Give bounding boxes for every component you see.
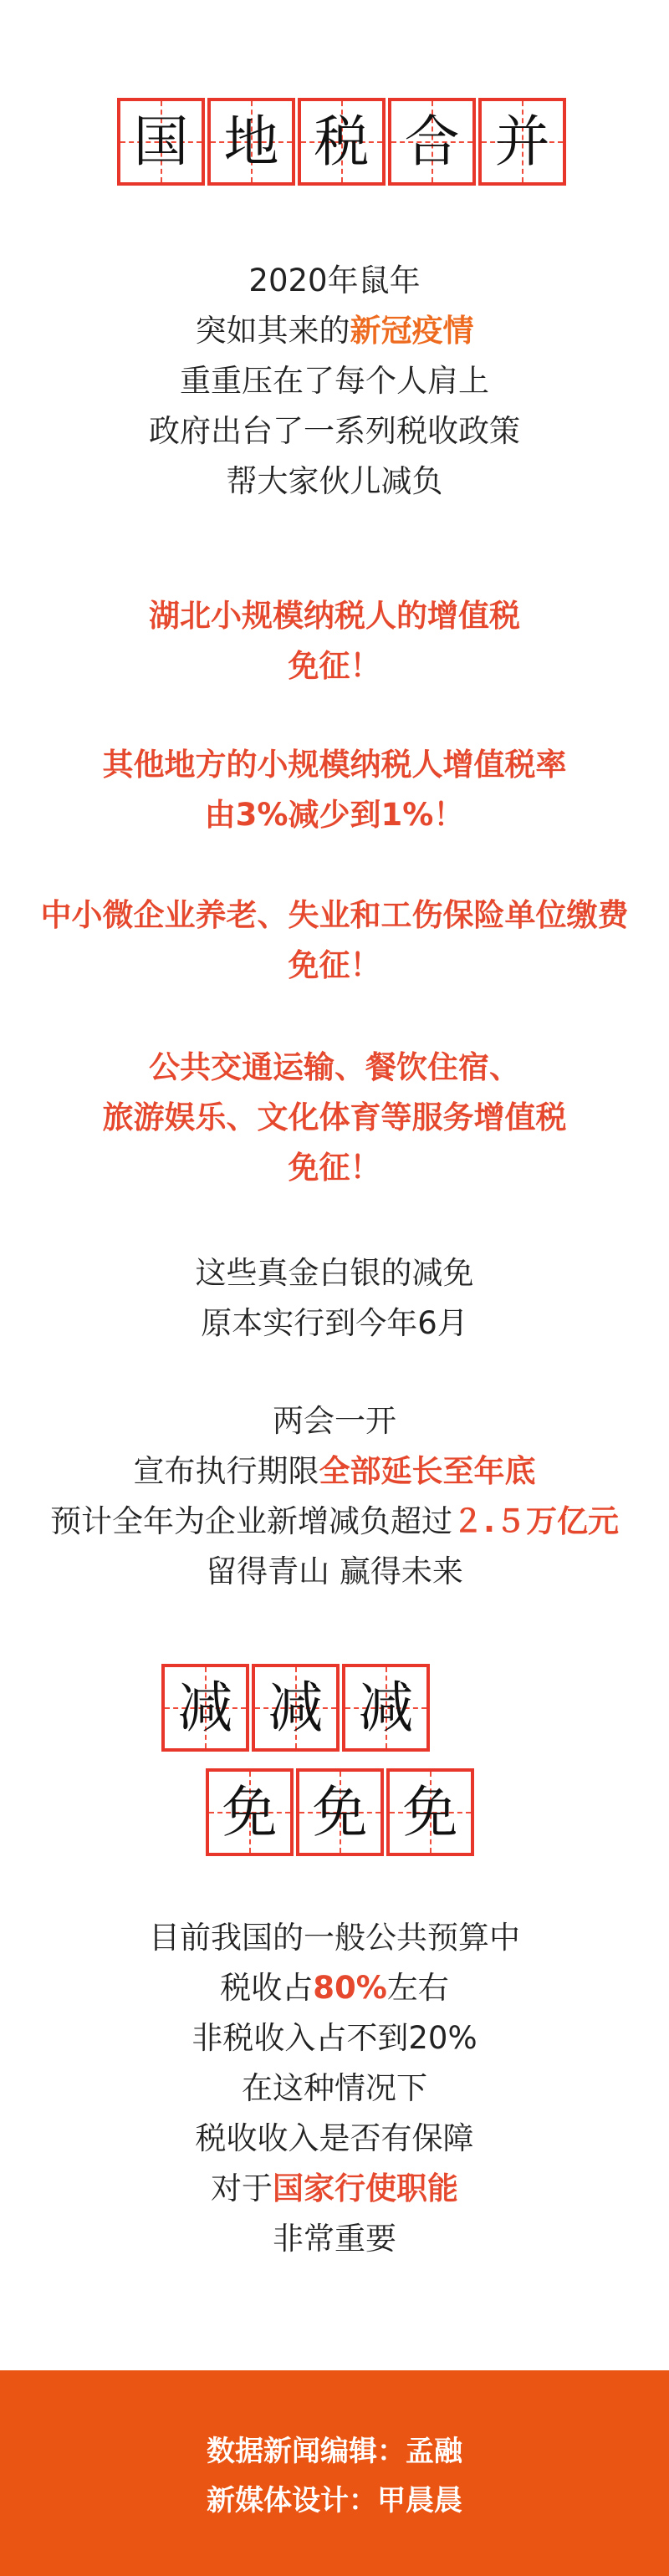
text-line: 帮大家伙儿减负 xyxy=(0,457,669,507)
highlight-amount: ２.５万亿元 xyxy=(452,1503,619,1539)
lianghui-line2-plain: 宣布执行期限 xyxy=(134,1453,319,1489)
footer: 数据新闻编辑：孟融 新媒体设计：甲晨晨 xyxy=(0,2370,669,2576)
text-line: 非常重要 xyxy=(0,2214,669,2264)
relief-line2: 原本实行到今年6月 xyxy=(201,1305,468,1341)
service-line2: 旅游娱乐、文化体育等服务增值税 xyxy=(103,1099,567,1135)
intro-line1: 2020年鼠年 xyxy=(248,263,420,298)
mian-grid: 免 免 免 xyxy=(206,1768,474,1856)
budget-paragraph: 目前我国的一般公共预算中 税收占80%左右 非税收入占不到20% 在这种情况下 … xyxy=(0,1913,669,2264)
text-line: 公共交通运输、餐饮住宿、 xyxy=(0,1043,669,1093)
service-line3: 免征！ xyxy=(289,1150,381,1186)
jian-char: 减 xyxy=(178,1681,233,1736)
footer-credit-designer: 新媒体设计：甲晨晨 xyxy=(207,2477,669,2526)
title-char: 税 xyxy=(314,115,370,170)
relief-line1: 这些真金白银的减免 xyxy=(196,1255,474,1291)
policy-hubei-paragraph: 湖北小规模纳税人的增值税 免征！ xyxy=(0,591,669,691)
text-line: 税收占80%左右 xyxy=(0,1963,669,2013)
text-line: 留得青山 赢得未来 xyxy=(0,1547,669,1597)
text-line: 免征！ xyxy=(0,641,669,691)
title-char: 并 xyxy=(495,115,550,170)
budget-line2-plain-a: 税收占 xyxy=(220,1970,313,2006)
text-line: 2020年鼠年 xyxy=(0,256,669,306)
text-line: 其他地方的小规模纳税人增值税率 xyxy=(0,740,669,790)
text-line: 预计全年为企业新增减负超过２.５万亿元 xyxy=(0,1497,669,1547)
highlight-80pct: 80% xyxy=(313,1970,387,2006)
text-line: 重重压在了每个人肩上 xyxy=(0,356,669,406)
other-line1: 其他地方的小规模纳税人增值税率 xyxy=(103,747,567,783)
tianzige-box: 免 xyxy=(206,1768,294,1856)
other-line2: 由3%减少到1%！ xyxy=(205,797,465,833)
budget-line5: 税收收入是否有保障 xyxy=(196,2120,474,2156)
text-line: 中小微企业养老、失业和工伤保险单位缴费 xyxy=(0,890,669,941)
policy-service-paragraph: 公共交通运输、餐饮住宿、 旅游娱乐、文化体育等服务增值税 免征！ xyxy=(0,1043,669,1193)
relief-paragraph: 这些真金白银的减免 原本实行到今年6月 xyxy=(0,1248,669,1349)
service-line1: 公共交通运输、餐饮住宿、 xyxy=(149,1049,520,1085)
text-line: 税收收入是否有保障 xyxy=(0,2114,669,2164)
hubei-line2: 免征！ xyxy=(289,648,381,684)
budget-line7: 非常重要 xyxy=(273,2221,396,2257)
budget-line1: 目前我国的一般公共预算中 xyxy=(149,1920,520,1956)
text-line: 在这种情况下 xyxy=(0,2063,669,2114)
highlight-covid: 新冠疫情 xyxy=(350,313,474,349)
text-line: 对于国家行使职能 xyxy=(0,2164,669,2214)
intro-paragraph: 2020年鼠年 突如其来的新冠疫情 重重压在了每个人肩上 政府出台了一系列税收政… xyxy=(0,256,669,507)
lianghui-line3-plain: 预计全年为企业新增减负超过 xyxy=(50,1503,452,1539)
tianzige-box: 国 xyxy=(117,98,205,186)
tianzige-box: 免 xyxy=(296,1768,384,1856)
text-line: 非税收入占不到20% xyxy=(0,2013,669,2063)
tianzige-box: 税 xyxy=(298,98,386,186)
tianzige-box: 地 xyxy=(207,98,295,186)
policy-sme-paragraph: 中小微企业养老、失业和工伤保险单位缴费 免征！ xyxy=(0,890,669,991)
tianzige-box: 并 xyxy=(478,98,566,186)
mian-char: 免 xyxy=(222,1785,278,1840)
title-char: 合 xyxy=(405,115,460,170)
text-line: 两会一开 xyxy=(0,1396,669,1446)
jian-grid: 减 减 减 xyxy=(161,1664,430,1752)
budget-line3: 非税收入占不到20% xyxy=(192,2020,477,2056)
text-line: 原本实行到今年6月 xyxy=(0,1298,669,1349)
text-line: 免征！ xyxy=(0,941,669,991)
intro-line4: 政府出台了一系列税收政策 xyxy=(149,413,520,449)
sme-line2: 免征！ xyxy=(289,947,381,983)
text-line: 旅游娱乐、文化体育等服务增值税 xyxy=(0,1093,669,1143)
budget-line6-plain: 对于 xyxy=(211,2170,273,2206)
title-char: 地 xyxy=(224,115,279,170)
title-char: 国 xyxy=(134,115,189,170)
lianghui-line4: 留得青山 赢得未来 xyxy=(206,1553,463,1589)
highlight-state-function: 国家行使职能 xyxy=(273,2170,458,2206)
budget-line4: 在这种情况下 xyxy=(242,2070,427,2106)
jian-char: 减 xyxy=(268,1681,324,1736)
text-line: 政府出台了一系列税收政策 xyxy=(0,406,669,457)
text-line: 突如其来的新冠疫情 xyxy=(0,306,669,356)
hubei-line1: 湖北小规模纳税人的增值税 xyxy=(149,598,520,634)
footer-credit-editor: 数据新闻编辑：孟融 xyxy=(207,2427,669,2477)
jian-char: 减 xyxy=(359,1681,414,1736)
text-line: 目前我国的一般公共预算中 xyxy=(0,1913,669,1963)
lianghui-line1: 两会一开 xyxy=(273,1403,396,1439)
title-grid: 国 地 税 合 并 xyxy=(117,98,566,186)
policy-other-paragraph: 其他地方的小规模纳税人增值税率 由3%减少到1%！ xyxy=(0,740,669,840)
text-line: 湖北小规模纳税人的增值税 xyxy=(0,591,669,641)
budget-line2-plain-b: 左右 xyxy=(387,1970,449,2006)
page: 国 地 税 合 并 2020年鼠年 突如其来的新冠疫情 重重压在了每个人肩上 政… xyxy=(0,0,669,2576)
text-line: 由3%减少到1%！ xyxy=(0,790,669,840)
intro-line5: 帮大家伙儿减负 xyxy=(227,463,443,499)
tianzige-box: 合 xyxy=(388,98,476,186)
mian-char: 免 xyxy=(403,1785,458,1840)
mian-char: 免 xyxy=(313,1785,368,1840)
lianghui-paragraph: 两会一开 宣布执行期限全部延长至年底 预计全年为企业新增减负超过２.５万亿元 留… xyxy=(0,1396,669,1597)
tianzige-box: 减 xyxy=(161,1664,249,1752)
tianzige-box: 免 xyxy=(386,1768,474,1856)
tianzige-box: 减 xyxy=(342,1664,430,1752)
intro-line3: 重重压在了每个人肩上 xyxy=(180,363,489,399)
intro-line2-plain: 突如其来的 xyxy=(196,313,350,349)
text-line: 宣布执行期限全部延长至年底 xyxy=(0,1446,669,1497)
tianzige-box: 减 xyxy=(252,1664,340,1752)
text-line: 免征！ xyxy=(0,1143,669,1193)
sme-line1: 中小微企业养老、失业和工伤保险单位缴费 xyxy=(41,897,629,933)
text-line: 这些真金白银的减免 xyxy=(0,1248,669,1298)
highlight-extension: 全部延长至年底 xyxy=(319,1453,536,1489)
